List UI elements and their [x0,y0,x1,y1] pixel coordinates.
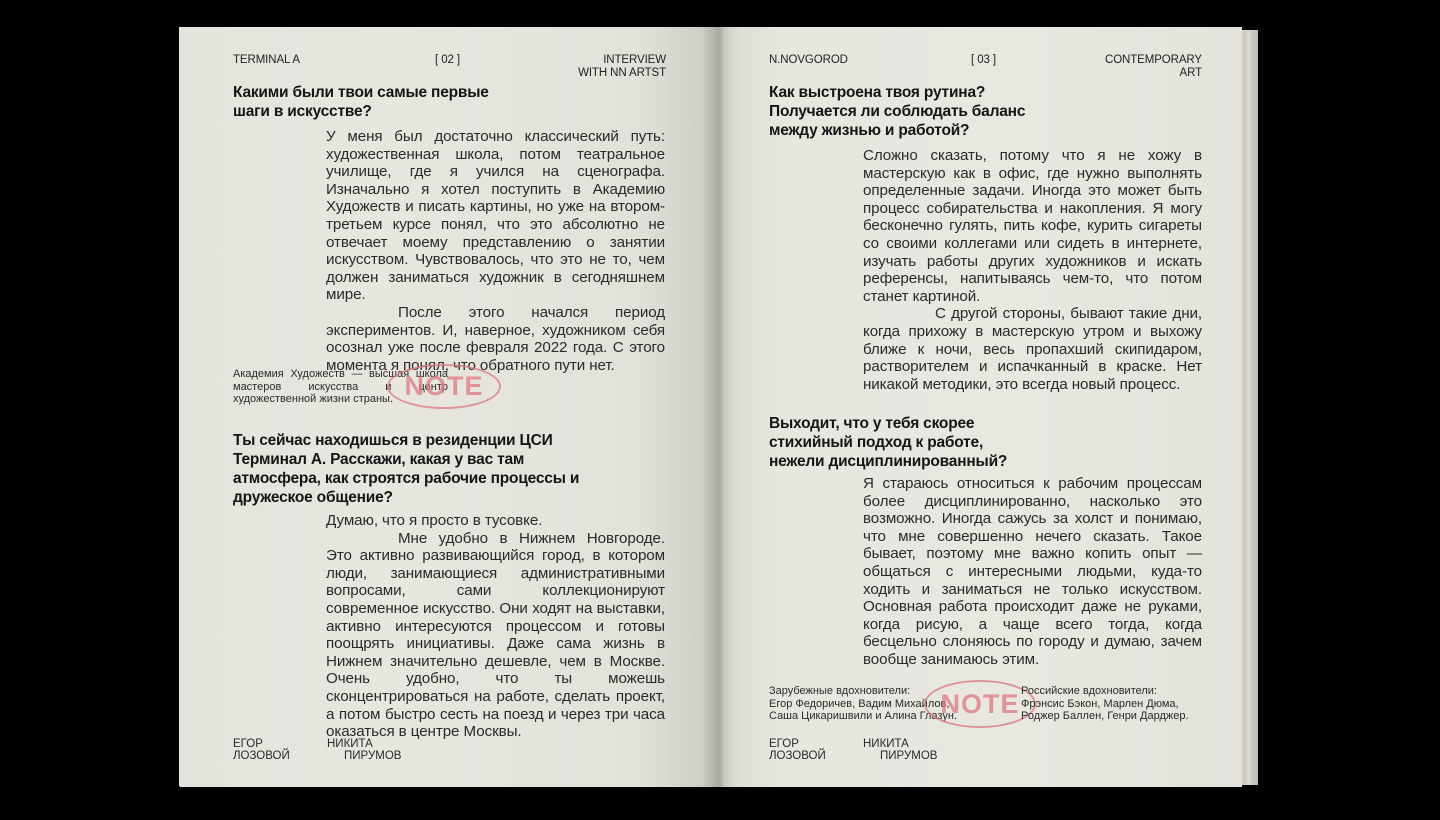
right-answer-2-paragraph-1: Я стараюсь относиться к рабочим процесса… [863,475,1202,669]
page-edges [1240,30,1258,785]
left-page: TERMINAL A [ 02 ] INTERVIEW WITH NN ARTS… [179,27,719,787]
right-header-section-line1: CONTEMPORARY [1105,54,1202,67]
right-footer-author-1: ЕГОР ЛОЗОВОЙ [769,738,826,762]
russian-inspirations-line-1: Фрэнсис Бэкон, Марлен Дюма, [1021,698,1189,711]
right-answer-1-paragraph-2: С другой стороны, бывают такие дни, когд… [863,305,1202,393]
left-answer-1-paragraph-2: После этого начался период экспериментов… [326,304,665,374]
right-answer-1-paragraph-1: Сложно сказать, потому что я не хожу в м… [863,147,1202,305]
author-1-first-name: ЕГОР [233,738,290,750]
left-question-1: Какими были твои самые первые шаги в иск… [233,83,503,121]
magazine-spread: TERMINAL A [ 02 ] INTERVIEW WITH NN ARTS… [0,0,1440,820]
right-header-section: CONTEMPORARY ART [1105,54,1202,80]
russian-inspirations-title: Российские вдохновители: [1021,685,1189,698]
author-1-last-name: ЛОЗОВОЙ [233,750,290,762]
author-2-last-name: ПИРУМОВ [327,750,401,762]
right-answer-1: Сложно сказать, потому что я не хожу в м… [863,147,1202,393]
left-footer-author-1: ЕГОР ЛОЗОВОЙ [233,738,290,762]
right-header-section-line2: ART [1105,67,1202,80]
left-header-section-line2: WITH NN ARTST [578,67,666,80]
russian-inspirations-line-2: Роджер Баллен, Генри Дарджер. [1021,710,1189,723]
left-footer-author-2: НИКИТА ПИРУМОВ [327,738,401,762]
left-answer-2-paragraph-1: Думаю, что я просто в тусовке. [326,512,665,530]
right-header-title: N.NOVGOROD [769,54,848,67]
author-1-last-name: ЛОЗОВОЙ [769,750,826,762]
russian-inspirations-note: Российские вдохновители: Фрэнсис Бэкон, … [1021,685,1189,723]
right-page: N.NOVGOROD [ 03 ] CONTEMPORARY ART Как в… [719,27,1242,787]
left-answer-1-paragraph-1: У меня был достаточно классический путь:… [326,128,665,304]
left-header-title: TERMINAL A [233,54,300,67]
left-answer-2: Думаю, что я просто в тусовке. Мне удобн… [326,512,665,741]
note-stamp: NOTE [387,364,501,409]
left-answer-2-paragraph-2: Мне удобно в Нижнем Новгороде. Это актив… [326,530,665,741]
author-1-first-name: ЕГОР [769,738,826,750]
left-question-2: Ты сейчас находишься в резиденции ЦСИ Те… [233,431,588,507]
author-2-first-name: НИКИТА [863,738,937,750]
right-answer-2: Я стараюсь относиться к рабочим процесса… [863,475,1202,669]
left-header-section: INTERVIEW WITH NN ARTST [578,54,666,80]
author-2-last-name: ПИРУМОВ [863,750,937,762]
right-footer-author-2: НИКИТА ПИРУМОВ [863,738,937,762]
right-question-1: Как выстроена твоя рутина? Получается ли… [769,83,1034,140]
note-stamp: NOTE [924,680,1036,728]
left-page-number: [ 02 ] [435,54,460,67]
author-2-first-name: НИКИТА [327,738,401,750]
left-header-section-line1: INTERVIEW [578,54,666,67]
right-page-number: [ 03 ] [971,54,996,67]
left-answer-1: У меня был достаточно классический путь:… [326,128,665,374]
right-question-2: Выходит, что у тебя скорее стихийный под… [769,414,1024,471]
